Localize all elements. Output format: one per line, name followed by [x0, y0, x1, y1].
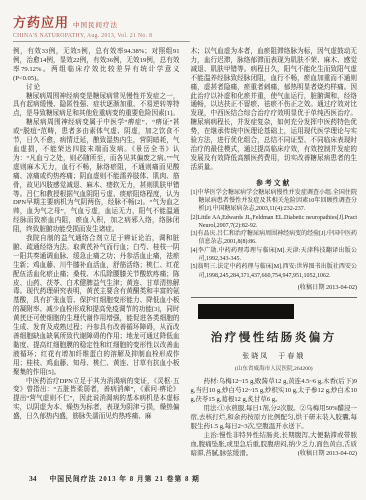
paragraph: 用法:①水煎服,每日1剂,分2次服。②乌梅用50%醋浸一宿,去核打烂,和余药按原… [191, 404, 358, 431]
discussion-heading: 讨论 [13, 84, 180, 93]
paragraph: 糖尿病周围神经病变是糖尿病常见慢性并发症之一，具有起病缓慢、隐匿性强、症状逐渐加… [13, 93, 180, 120]
right-column: 木；以气血虚为本者，血瘀阻滞络脉为标，因气虚鼓动无力，血行迟滞，脉络郁滞而表现为… [191, 48, 358, 458]
text-columns: 例，有效33例，无效5例，总有效率94.38%；对照组91例，治愈14例，显效2… [0, 42, 366, 458]
article2-affiliation: (山东省威海市人民医院,264200) [191, 364, 358, 372]
reference-item: [5]翁明三.法定中药药理与临床[M].西安:世界图书出版社西安公司,1998,… [191, 263, 358, 280]
received-date: (收稿日期 2013-04-02) [191, 282, 358, 291]
section-title: 方药应用 [13, 12, 69, 31]
paragraph: 例，有效33例，无效5例，总有效率94.38%；对照组91例，治愈14例，显效2… [13, 48, 180, 84]
article2-body: 药材:乌梅12~15 g,败酱草12 g,黄连4.5~6 g,木香(后下)9 g… [191, 377, 358, 458]
page-footer: 34 中国民间疗法 2013 年 8 月第 21 卷第 8 期 [13, 473, 200, 483]
page-number: 34 [29, 474, 37, 483]
reference-item: [3]有品庆.吕仁和治疗糖尿病周围神经病变的经验[J].中国中医药信息杂志,20… [191, 230, 358, 247]
reference-item: [2]Little AA,Edwards JL,Feldman EL.Diabe… [191, 214, 358, 231]
article-divider [191, 297, 358, 298]
paragraph: 药材:乌梅12~15 g,败酱草12 g,黄连4.5~6 g,木香(后下)9 g… [191, 377, 358, 404]
redacted-block [198, 304, 294, 319]
article2-authors: 张晓凤 于春娥 [191, 351, 358, 361]
article2-title: 治疗慢性结肠炎偏方 [191, 329, 358, 345]
references-heading: 参考文献 [191, 177, 358, 187]
journal-header: 方药应用 中国民间疗法 CHINA'S NATUROPATHY, Aug. 20… [0, 0, 200, 42]
journal-name-cn: 中国民间疗法 [73, 20, 118, 29]
journal-page: 方药应用 中国民间疗法 CHINA'S NATUROPATHY, Aug. 20… [0, 0, 366, 500]
reference-item: [4]李广勋.中药药理毒理与临床[M].天津:天津科技翻译出版公司,1992,3… [191, 247, 358, 264]
reference-item: [1]中华医学会糖尿病学会糖尿病慢性并发症调查小组.全国住院糖尿病患者慢性并发症… [191, 189, 358, 214]
paragraph: 我院自制的益气通络合剂立足于辨证论治，调和脏腑、疏通经络为法。取黄芪补气而行血；… [13, 235, 180, 378]
paragraph: 糖尿病周围神经病变属于中医学“痹症”、“痹证”甚或“脱疽”范畴，患者多由素体气虚… [13, 119, 180, 235]
brand-row: 方药应用 中国民间疗法 [13, 12, 191, 31]
paragraph: 木；以气血虚为本者，血瘀阻滞络脉为标，因气虚鼓动无力，血行迟滞，脉络郁滞而表现为… [191, 48, 358, 173]
received-date: (收稿日期 2013-04-02) [285, 449, 357, 458]
footer-citation: 中国民间疗法 2013 年 8 月第 21 卷第 8 期 [50, 473, 200, 483]
journal-name-en: CHINA'S NATUROPATHY, Aug. 2013, Vol. 21 … [13, 33, 191, 39]
paragraph: 中医药治疗DPN立足于其为消渴病的变证，《灵枢·五变》曾指出：“五脏皆柔弱者，善… [13, 378, 180, 423]
left-column: 例，有效33例，无效5例，总有效率94.38%；对照组91例，治愈14例，显效2… [13, 48, 180, 458]
paragraph: 主治:慢性非特异性结肠炎,长期腹泻,大便黏滞或带脓血,腹痛坠胀,或里急后重,脘腹… [191, 431, 358, 458]
